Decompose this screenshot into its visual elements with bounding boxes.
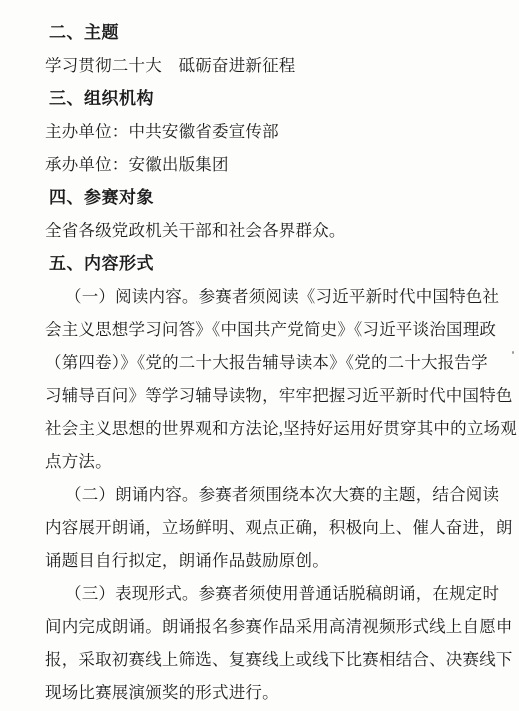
section-heading-theme: 二、主题 [45,16,509,49]
paragraph3-line2: 间内完成朗诵。朗诵报名参赛作品采用高清视频形式线上自愿申 [45,610,509,643]
paragraph2-line1: （二）朗诵内容。参赛者须围绕本次大赛的主题，结合阅读 [45,478,509,511]
paragraph1-line4: 习辅导百问》等学习辅导读物，牢牢把握习近平新时代中国特色 [45,379,509,412]
document-page: 二、主题 学习贯彻二十大 砥砺奋进新征程 三、组织机构 主办单位：中共安徽省委宣… [0,0,519,711]
paragraph1-line2: 会主义思想学习问答》《中国共产党简史》《习近平谈治国理政 [45,313,509,346]
paragraph1-line5: 社会主义思想的世界观和方法论,坚持好运用好贯穿其中的立场观 [45,412,509,445]
paragraph1-line6: 点方法。 [45,445,509,478]
paragraph3-line1: （三）表现形式。参赛者须使用普通话脱稿朗诵，在规定时 [45,577,509,610]
section-heading-content-form: 五、内容形式 [45,247,509,280]
host-unit-line: 主办单位：中共安徽省委宣传部 [45,115,509,148]
paragraph3-line4: 现场比赛展演颁奖的形式进行。 [45,676,509,709]
scan-speck [188,425,190,427]
theme-slogan-text: 学习贯彻二十大 砥砺奋进新征程 [45,49,509,82]
scan-speck [512,351,514,354]
participants-text: 全省各级党政机关干部和社会各界群众。 [45,214,509,247]
organizer-unit-line: 承办单位：安徽出版集团 [45,148,509,181]
paragraph2-line2: 内容展开朗诵，立场鲜明、观点正确，积极向上、催人奋进，朗 [45,511,509,544]
paragraph1-line3: （第四卷）》《党的二十大报告辅导读本》《党的二十大报告学 [45,346,509,379]
section-heading-participants: 四、参赛对象 [45,181,509,214]
paragraph1-line1: （一）阅读内容。参赛者须阅读《习近平新时代中国特色社 [45,280,509,313]
scan-speck [455,357,457,359]
section-heading-organization: 三、组织机构 [45,82,509,115]
paragraph3-line3: 报，采取初赛线上筛选、复赛线上或线下比赛相结合、决赛线下 [45,643,509,676]
paragraph2-line3: 诵题目自行拟定，朗诵作品鼓励原创。 [45,544,509,577]
